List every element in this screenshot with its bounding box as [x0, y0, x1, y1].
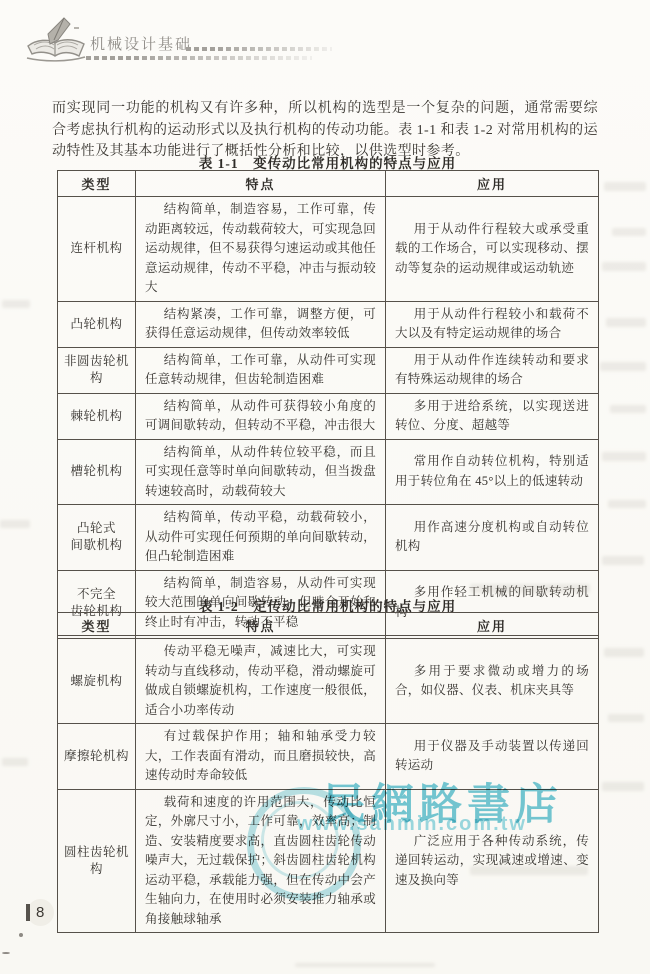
table-row: 凸轮式 间歇机构 结构简单，传动平稳，动载荷较小，从动件可实现任何预期的单向间歇…	[58, 505, 599, 571]
type-cell: 圆柱齿轮机构	[58, 789, 136, 933]
table-row: 摩擦轮机构 有过载保护作用；轴和轴承受力较大，工作表面有滑动，而且磨损较快，高速…	[58, 724, 599, 790]
application-cell: 用于从动件行程较小和载荷不大以及有特定运动规律的场合	[386, 301, 599, 347]
col-header-features: 特点	[136, 613, 386, 639]
feature-cell: 结构紧凑，工作可靠，调整方便，可获得任意运动规律，但传动效率较低	[136, 301, 386, 347]
bleed-through-smudge	[612, 228, 646, 236]
col-header-application: 应用	[386, 171, 599, 197]
feature-cell: 结构简单，制造容易，工作可靠，传动距离较远，传动载荷较大，可实现急回运动规律，但…	[136, 197, 386, 302]
type-cell: 凸轮式 间歇机构	[58, 505, 136, 571]
table-row: 螺旋机构 传动平稳无噪声，减速比大，可实现转动与直线移动，传动平稳，滑动螺旋可做…	[58, 639, 599, 724]
bleed-through-smudge	[608, 500, 646, 508]
col-header-type: 类型	[58, 613, 136, 639]
mechanism-table-2: 类型 特点 应用 螺旋机构 传动平稳无噪声，减速比大，可实现转动与直线移动，传动…	[57, 612, 599, 933]
col-header-type: 类型	[58, 171, 136, 197]
scan-speck	[19, 933, 23, 937]
mechanism-table-1: 类型 特点 应用 连杆机构 结构简单，制造容易，工作可靠，传动距离较远，传动载荷…	[57, 170, 599, 636]
scan-speck	[74, 27, 79, 29]
type-cell: 槽轮机构	[58, 439, 136, 505]
bleed-through-smudge	[608, 714, 644, 722]
feature-cell: 有过载保护作用；轴和轴承受力较大，工作表面有滑动，而且磨损较快，高速传动时寿命较…	[136, 724, 386, 790]
bleed-through-smudge	[602, 556, 644, 565]
col-header-features: 特点	[136, 171, 386, 197]
bleed-through-smudge	[602, 262, 646, 271]
table-header-row: 类型 特点 应用	[58, 171, 599, 197]
bleed-through-smudge	[602, 452, 646, 461]
page-number: 8	[36, 904, 44, 921]
type-cell: 凸轮机构	[58, 301, 136, 347]
table-row: 凸轮机构 结构紧凑，工作可靠，调整方便，可获得任意运动规律，但传动效率较低 用于…	[58, 301, 599, 347]
open-book-quill-icon	[24, 14, 88, 64]
type-cell: 棘轮机构	[58, 393, 136, 439]
header-dash-decoration	[86, 56, 312, 60]
application-cell: 多用于要求微动或增力的场合，如仪器、仪表、机床夹具等	[386, 639, 599, 724]
application-cell: 常用作自动转位机构，特别适用于转位角在 45°以上的低速转动	[386, 439, 599, 505]
table-header-row: 类型 特点 应用	[58, 613, 599, 639]
table1-title: 表 1-1 变传动比常用机构的特点与应用	[57, 152, 598, 172]
bleed-through-smudge	[470, 866, 588, 875]
application-cell: 用于从动件行程较大或承受重载的工作场合，可以实现移动、摆动等复杂的运动规律或运动…	[386, 197, 599, 302]
application-cell: 广泛应用于各种传动系统，传递回转运动，实现减速或增速、变速及换向等	[386, 789, 599, 933]
type-cell: 摩擦轮机构	[58, 724, 136, 790]
scanned-book-page: 机械设计基础 而实现同一功能的机构又有许多种，所以机构的选型是一个复杂的问题，通…	[0, 0, 650, 974]
table-row: 槽轮机构 结构简单，从动件转位较平稳，而且可实现任意等时单向间歇转动，但当拨盘转…	[58, 439, 599, 505]
table-row: 非圆齿轮机构 结构简单，工作可靠，从动件可实现任意转动规律，但齿轮制造困难 用于…	[58, 347, 599, 393]
application-cell: 用作高速分度机构或自动转位机构	[386, 505, 599, 571]
feature-cell: 载荷和速度的许用范围大，传动比恒定，外廓尺寸小，工作可靠，效率高；制造、安装精度…	[136, 789, 386, 933]
bleed-through-smudge	[2, 758, 28, 766]
feature-cell: 结构简单，从动件可获得较小角度的可调间歇转动，但转动不平稳，冲击很大	[136, 393, 386, 439]
scan-speck	[2, 952, 10, 954]
application-cell: 用于从动件作连续转动和要求有特殊运动规律的场合	[386, 347, 599, 393]
bleed-through-smudge	[604, 182, 646, 191]
feature-cell: 结构简单，传动平稳，动载荷较小，从动件可实现任何预期的单向间歇转动，但凸轮制造困…	[136, 505, 386, 571]
table-row: 棘轮机构 结构简单，从动件可获得较小角度的可调间歇转动，但转动不平稳，冲击很大 …	[58, 393, 599, 439]
page-number-bar	[26, 904, 30, 921]
application-cell: 用于仪器及手动装置以传递回转运动	[386, 724, 599, 790]
table-row: 圆柱齿轮机构 载荷和速度的许用范围大，传动比恒定，外廓尺寸小，工作可靠，效率高；…	[58, 789, 599, 933]
type-cell: 非圆齿轮机构	[58, 347, 136, 393]
table-row: 连杆机构 结构简单，制造容易，工作可靠，传动距离较远，传动载荷较大，可实现急回运…	[58, 197, 599, 302]
feature-cell: 结构简单，从动件转位较平稳，而且可实现任意等时单向间歇转动，但当拨盘转速较高时，…	[136, 439, 386, 505]
application-cell: 多用于进给系统，以实现送进转位、分度、超越等	[386, 393, 599, 439]
col-header-application: 应用	[386, 613, 599, 639]
feature-cell: 传动平稳无噪声，减速比大，可实现转动与直线移动，传动平稳，滑动螺旋可做成自锁螺旋…	[136, 639, 386, 724]
bleed-through-smudge	[295, 963, 435, 967]
bleed-through-smudge	[600, 362, 646, 371]
type-cell: 连杆机构	[58, 197, 136, 302]
type-cell: 螺旋机构	[58, 639, 136, 724]
book-header-title: 机械设计基础	[90, 33, 192, 54]
feature-cell: 结构简单，工作可靠，从动件可实现任意转动规律，但齿轮制造困难	[136, 347, 386, 393]
bleed-through-smudge	[602, 782, 644, 791]
header-dash-decoration	[186, 47, 332, 51]
bleed-through-smudge	[604, 648, 644, 657]
bleed-through-smudge	[470, 584, 590, 593]
bleed-through-smudge	[0, 520, 30, 528]
bleed-through-smudge	[2, 300, 30, 308]
bleed-through-smudge	[606, 318, 646, 327]
bleed-through-smudge	[610, 405, 646, 413]
